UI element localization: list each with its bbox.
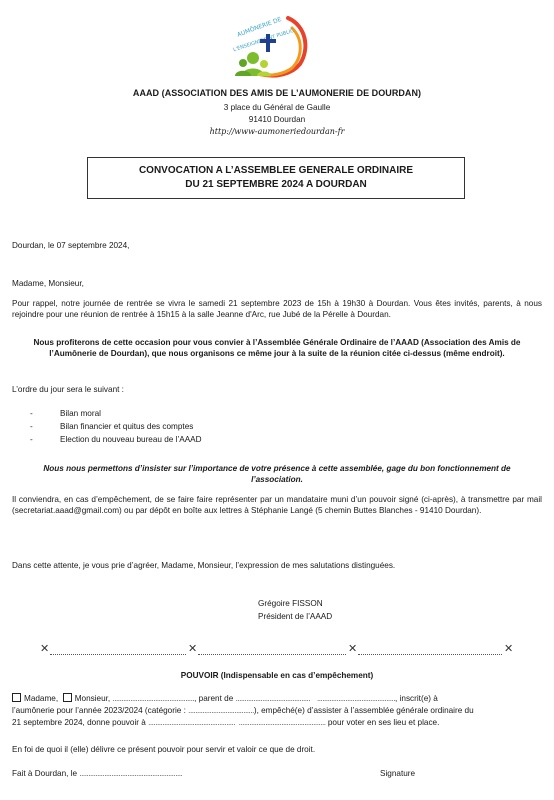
scissors-cut-icon: ✕ [348,644,357,655]
monsieur-label: Monsieur, [75,694,111,703]
agenda-item: -Bilan financier et quitus des comptes [30,421,202,434]
madame-label: Madame, [24,694,58,703]
agenda-item: -Election du nouveau bureau de l’AAAD [30,434,202,447]
attestation-text: En foi de quoi il (elle) délivre ce prés… [12,744,542,755]
title-line-1: CONVOCATION A L’ASSEMBLEE GENERALE ORDIN… [88,164,464,178]
scissors-cut-icon: ✕ [188,644,197,655]
org-address-city: 91410 Dourdan [0,114,554,125]
proxy-form-title: POUVOIR (Indispensable en cas d’empêchem… [0,670,554,681]
place-date-line: Fait à Dourdan, le .....................… [12,768,542,779]
signatory-block: Grégoire FISSON Président de l’AAAD [258,597,332,623]
aumonerie-logo-icon: AUMÔNERIE DE L'ENSEIGNEMENT PUBLIC [226,8,326,80]
monsieur-checkbox[interactable] [63,693,72,702]
title-line-2: DU 21 SEPTEMBRE 2024 A DOURDAN [88,178,464,192]
paragraph-insist: Nous nous permettons d’insister sur l’im… [22,463,532,485]
salutation: Madame, Monsieur, [12,278,542,289]
agenda-item: -Bilan moral [30,408,202,421]
org-website-link[interactable]: http://www-aumoneriedourdan-fr [0,126,554,137]
document-title-box: CONVOCATION A L’ASSEMBLEE GENERALE ORDIN… [87,157,465,199]
agenda-intro: L’ordre du jour sera le suivant : [12,384,542,395]
signatory-role: Président de l’AAAD [258,610,332,623]
agenda-list: -Bilan moral -Bilan financier et quitus … [30,408,202,447]
paragraph-invite: Nous profiterons de cette occasion pour … [20,337,534,359]
date-field[interactable]: ........................................… [79,769,182,778]
child-lastname-field[interactable]: ........................................… [317,694,395,703]
dotted-divider [50,654,186,655]
bullet-dash-icon: - [30,421,60,434]
scissors-cut-icon: ✕ [40,644,49,655]
scissors-cut-icon: ✕ [504,644,513,655]
fait-a-label: Fait à Dourdan, le [12,769,77,778]
paragraph-reminder: Pour rappel, notre journée de rentrée se… [12,298,542,320]
closing-formula: Dans cette attente, je vous prie d’agrée… [12,560,542,571]
madame-checkbox[interactable] [12,693,21,702]
signatory-name: Grégoire FISSON [258,597,332,610]
dotted-divider [198,654,346,655]
org-address-street: 3 place du Général de Gaulle [0,102,554,113]
cut-line: ✕ ✕ ✕ ✕ [40,646,514,658]
proxy-form-body: Madame, Monsieur, ......................… [12,693,542,729]
category-field[interactable]: ..................................... [188,706,254,715]
dotted-divider [358,654,502,655]
org-name: AAAD (ASSOCIATION DES AMIS DE L’AUMONERI… [0,88,554,99]
name-field[interactable]: ........................................… [112,694,194,703]
date-line: Dourdan, le 07 septembre 2024, [12,240,542,251]
proxy-holder-field[interactable]: ........................................… [148,718,325,727]
signature-label: Signature [380,768,415,779]
bullet-dash-icon: - [30,434,60,447]
paragraph-proxy-instructions: Il conviendra, en cas d’empêchement, de … [12,494,542,516]
bullet-dash-icon: - [30,408,60,421]
child-firstname-field[interactable]: ........................................… [236,694,311,703]
